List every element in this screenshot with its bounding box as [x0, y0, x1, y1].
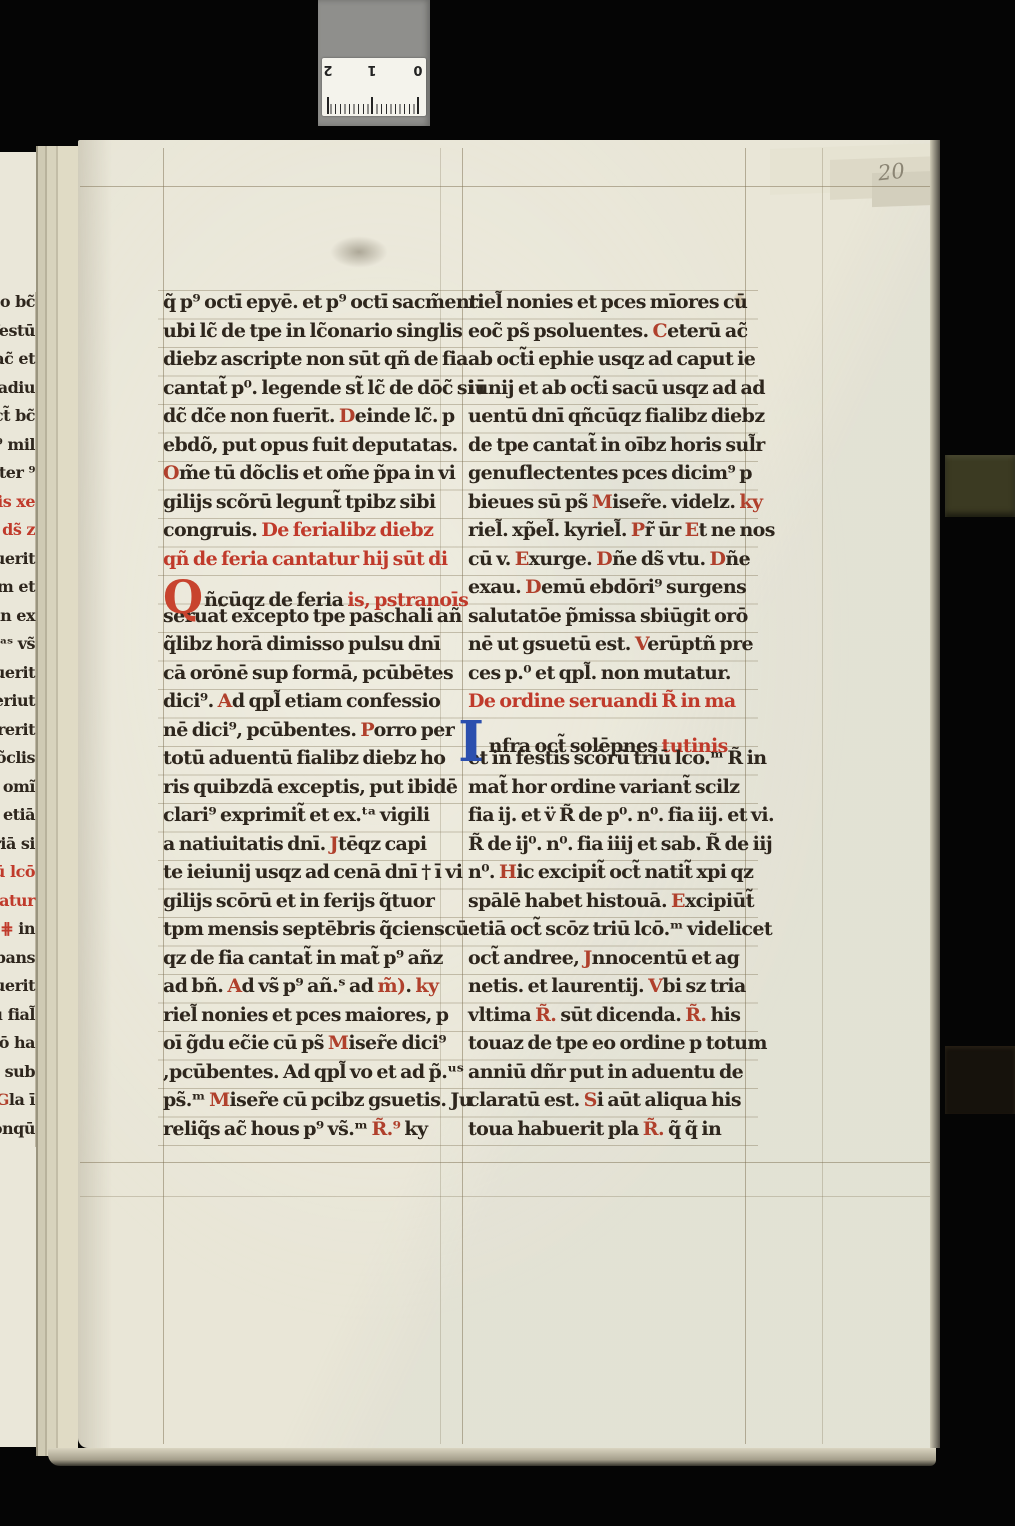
margin-fragment: s̃ sub — [0, 1062, 35, 1091]
text-segment: dõclis — [0, 748, 35, 767]
text-line: q̃ p⁹ octī epyē. et p⁹ octī sacm̃enti — [163, 291, 441, 320]
margin-fragment: fuerit — [0, 549, 35, 578]
text-segment: R̃. — [535, 1004, 556, 1026]
text-line: iunij et ab oct̃i sacū usqz ad ad — [468, 377, 746, 406]
text-segment: ij.ᵃˢ vs̃ — [0, 634, 35, 653]
text-segment: s̃ sub — [0, 1062, 35, 1081]
text-segment: q̃ p⁹ octī epyē. et p⁹ octī sacm̃enti — [163, 291, 484, 313]
text-line: n⁰. Hic excipit̃ oct̃ natit̃ xpi qz — [468, 861, 746, 890]
text-segment: H — [499, 861, 516, 883]
ruler: 0 1 2 — [322, 58, 426, 116]
text-segment: uerit — [0, 663, 35, 682]
text-segment: tēqz capi — [338, 833, 427, 855]
text-segment: orro per — [374, 719, 455, 741]
text-segment: ky — [400, 1118, 427, 1140]
text-segment: dici⁹. — [163, 690, 218, 712]
text-segment: V — [635, 633, 647, 655]
text-line: ,pcūbentes. Ad qpl̃ vo et ad p̃.ᵘˢ — [163, 1061, 441, 1090]
text-segment: genuflectentes pces dicim⁹ p — [468, 462, 752, 484]
margin-fragment: ds̃ z — [0, 520, 35, 549]
margin-fragment: bans — [0, 948, 35, 977]
margin-fragment: ij.ᵃˢ vs̃ — [0, 634, 35, 663]
margin-fragment: festis xe — [0, 492, 35, 521]
text-segment: E — [671, 890, 685, 912]
text-segment: triū lcō — [0, 862, 35, 881]
text-segment: touaz de tpe eo ordine p totum — [468, 1032, 767, 1054]
margin-fragment: ⁹ p̃ter — [0, 463, 35, 492]
text-line: spālē habet histouā. Excipiūt̃ — [468, 890, 746, 919]
margin-fragment: riā si — [0, 834, 35, 863]
text-segment: netis. et laurentij. — [468, 975, 648, 997]
text-segment: oī g̃du ec̃ie cū ps̃ — [163, 1032, 328, 1054]
text-line: q̃libz horā dimisso pulsu dnī — [163, 633, 441, 662]
text-segment: in — [13, 919, 35, 938]
text-segment: dm et — [0, 577, 35, 596]
margin-fragment: festū — [0, 321, 35, 350]
text-segment: etiā oct̃ scōz triū lcō.ᵐ videlicet — [468, 918, 772, 940]
text-segment: exau. — [468, 576, 525, 598]
text-line: bieues sū ps̃ Miser̃e. videlz. ky — [468, 491, 746, 520]
text-line: fia ij. et v̈ R̃ de p⁰. n⁰. fia iij. et … — [468, 804, 746, 833]
text-line: qñ de feria cantatur hij sūt di — [163, 548, 441, 577]
text-segment: qz de fia cantat̃ in mat̃ p⁹ añz — [163, 947, 443, 969]
ruled-line — [80, 186, 935, 187]
margin-fragment: iu⁹ mil — [0, 435, 35, 464]
text-segment: uentū dnī qñcūqz fialibz diebz — [468, 405, 765, 427]
text-segment: d qpl̃ etiam confessio — [232, 690, 440, 712]
text-segment: D — [709, 548, 725, 570]
text-line: totū aduentū fialibz diebz ho — [163, 747, 441, 776]
text-segment: J — [330, 833, 338, 855]
ruler-label: 1 — [365, 62, 379, 77]
margin-fragment: in ex. — [0, 606, 35, 635]
text-segment: t ne nos — [699, 519, 775, 541]
text-line: toua habuerit pla R̃. q̃ q̃ in — [468, 1118, 746, 1147]
text-line: anniū dñr put in aduentu de — [468, 1061, 746, 1090]
text-line: ubi lc̃ de tpe in lc̃onario singlis — [163, 320, 441, 349]
text-segment: diebz ascripte non sūt qñ de fia — [163, 348, 468, 370]
text-segment: his — [706, 1004, 740, 1026]
text-segment: D — [339, 405, 355, 427]
text-segment: bans — [0, 948, 35, 967]
text-segment: riel̃ nonies et pces maiores, p — [163, 1004, 448, 1026]
text-segment: A — [227, 975, 241, 997]
text-segment: r̃ ūr — [645, 519, 685, 541]
text-segment: E — [515, 548, 529, 570]
text-segment: einde lc̃. p — [355, 405, 455, 427]
text-segment: dc̃ dc̃e non fuerīt. — [163, 405, 339, 427]
text-segment: ubi lc̃ de tpe in lc̃onario singlis — [163, 320, 462, 342]
text-segment: R̃ de ij⁰. n⁰. fia iiij et sab. R̃ de ii… — [468, 833, 772, 855]
folio-number: 20 — [877, 159, 906, 186]
text-segment: et in festis scōrū triū lco.ᵐ R̃ in — [468, 747, 766, 769]
text-line: ab oct̃i ephie usqz ad caput ie — [468, 348, 746, 377]
text-segment: iunij et ab oct̃i sacū usqz ad ad — [468, 377, 765, 399]
text-segment: . — [405, 975, 415, 997]
margin-fragment: atur, — [0, 891, 35, 920]
text-segment: emū ebdōri⁹ surgens — [541, 576, 746, 598]
text-segment: nē ut gsuetū est. — [468, 633, 635, 655]
text-segment: fia ij. et v̈ R̃ de p⁰. n⁰. fia iij. et … — [468, 804, 774, 826]
margin-fragment: ōnqū — [0, 1119, 35, 1148]
text-segment: iul̃ omĩ — [0, 777, 35, 796]
text-segment: nē dici⁹, pcūbentes. — [163, 719, 360, 741]
book-clasp-bottom — [945, 1046, 1015, 1114]
page-fore-edges — [36, 146, 78, 1456]
margin-fragment: triū lcō — [0, 862, 35, 891]
text-line: dici⁹. Ad qpl̃ etiam confessio — [163, 690, 441, 719]
text-segment: neriut — [0, 691, 35, 710]
text-segment: R̃. — [643, 1118, 664, 1140]
text-line: cū v. Exurge. Dñe ds̃ vtu. Dñe — [468, 548, 746, 577]
text-segment: V — [648, 975, 662, 997]
text-line: te ieiunij usqz ad cenā dnī † ī vi — [163, 861, 441, 890]
margin-fragment: o bc̃ — [0, 292, 35, 321]
text-segment: ky — [415, 975, 438, 997]
text-segment: ic excipit̃ oct̃ natit̃ xpi qz — [516, 861, 753, 883]
text-segment: sūt dicenda. — [556, 1004, 685, 1026]
text-segment: ab oct̃i ephie usqz ad caput ie — [468, 348, 755, 370]
text-segment: festū — [0, 321, 35, 340]
text-segment: ⋕ — [0, 919, 13, 938]
text-segment: riel̃. xp̃el̃. kyriel̃. — [468, 519, 631, 541]
text-segment: cā orōnē sup formā, pcūbētes — [163, 662, 453, 684]
text-line: oct̃ andree, Jnnocentū et ag — [468, 947, 746, 976]
text-segment: G — [0, 1090, 9, 1109]
text-line: riel̃. xp̃el̃. kyriel̃. Pr̃ ūr Et ne nos — [468, 519, 746, 548]
text-segment: r etiā — [0, 805, 35, 824]
text-segment: ris quibzdā exceptis, put ibidē — [163, 776, 457, 798]
text-segment: ñe — [725, 548, 750, 570]
text-segment: totū aduentū fialibz diebz ho — [163, 747, 445, 769]
text-segment: riel̃ nonies et pces mīores cū — [468, 291, 747, 313]
text-line: gilijs scõrū legunt̃ tpibz sibi — [163, 491, 441, 520]
text-segment: m̃) — [377, 975, 405, 997]
text-segment: q̃libz horā dimisso pulsu dnī — [163, 633, 440, 655]
text-segment: festis xe — [0, 492, 35, 511]
text-line: genuflectentes pces dicim⁹ p — [468, 462, 746, 491]
text-line: qz de fia cantat̃ in mat̃ p⁹ añz — [163, 947, 441, 976]
text-line: cā orōnē sup formā, pcūbētes — [163, 662, 441, 691]
book-bottom-edge — [48, 1448, 936, 1466]
text-segment: iu⁹ mil — [0, 435, 35, 454]
margin-fragment: r etiā — [0, 805, 35, 834]
text-segment: qñ de feria cantatur hij sūt di — [163, 548, 447, 570]
text-segment: q̃ q̃ in — [664, 1118, 721, 1140]
text-segment: r nō ha — [0, 1033, 35, 1052]
text-segment: eadiu — [0, 378, 35, 397]
text-segment: O — [163, 462, 179, 484]
text-line: vltima R̃. sūt dicenda. R̃. his — [468, 1004, 746, 1033]
text-line: gilijs scōrū et in ferijs q̃tuor — [163, 890, 441, 919]
margin-fragment: uerit — [0, 663, 35, 692]
text-segment: reliq̃s ac̃ hous p⁹ vs̃.ᵐ — [163, 1118, 371, 1140]
margin-fragment: eadiu — [0, 378, 35, 407]
text-segment: M — [328, 1032, 348, 1054]
text-segment: iser̃e dici⁹ — [348, 1032, 446, 1054]
text-segment: vltima — [468, 1004, 535, 1026]
facing-page-edge: o bc̃festūruac̃ eteadiuoct̃ bc̃iu⁹ mil⁹ … — [0, 152, 36, 1447]
text-segment: R̃. — [685, 1004, 706, 1026]
text-segment: M — [209, 1089, 229, 1111]
text-segment: iser̃e cū pcibz gsuetis. Ju — [230, 1089, 472, 1111]
ruler-label: 0 — [411, 62, 425, 77]
text-line: ebdõ, put opus fuit deputatas. — [163, 434, 441, 463]
margin-fragment: in ⋕ — [0, 919, 35, 948]
text-segment: P — [631, 519, 645, 541]
text-segment: n⁰. — [468, 861, 499, 883]
text-segment: a natiuitatis dnī. — [163, 833, 330, 855]
text-segment: P — [360, 719, 373, 741]
text-line: mat̃ hor ordine variant̃ scilz — [468, 776, 746, 805]
ruler-label: 2 — [321, 62, 335, 77]
text-line: de tpe cantat̃ in oībz horis sul̃r — [468, 434, 746, 463]
text-segment: pererit — [0, 720, 35, 739]
margin-fragment: ruac̃ et — [0, 349, 35, 378]
text-segment: tpm mensis septēbris q̃cienscū — [163, 918, 468, 940]
text-segment: gilijs scōrū et in ferijs q̃tuor — [163, 890, 434, 912]
text-segment: De ferialibz diebz — [261, 519, 433, 541]
text-segment: claratū est. — [468, 1089, 584, 1111]
text-line: salutatōe p̃missa sbiūgit orō — [468, 605, 746, 634]
manuscript-photo: o bc̃festūruac̃ eteadiuoct̃ bc̃iu⁹ mil⁹ … — [0, 0, 1015, 1526]
illuminated-initial: Q — [163, 570, 201, 624]
text-segment: o bc̃ — [0, 292, 35, 311]
illuminated-initial: I — [458, 709, 484, 775]
text-line: netis. et laurentij. Vbi sz tria — [468, 975, 746, 1004]
text-segment: J — [583, 947, 591, 969]
text-segment: i aūt aliqua his — [597, 1089, 741, 1111]
text-line: nē ut gsuetū est. Verūptñ pre — [468, 633, 746, 662]
text-segment: De ordine seruandi R̃ in ma — [468, 690, 736, 712]
text-line: cantat̃ p⁰. legende st̃ lc̃ de dōc̃ si ī — [163, 377, 441, 406]
text-line: uentū dnī qñcūqz fialibz diebz — [468, 405, 746, 434]
text-segment: ,pcūbentes. Ad qpl̃ vo et ad p̃.ᵘˢ — [163, 1061, 463, 1083]
text-line: claratū est. Si aūt aliqua his — [468, 1089, 746, 1118]
text-line: exau. Demū ebdōri⁹ surgens — [468, 576, 746, 605]
text-segment: ebdõ, put opus fuit deputatas. — [163, 434, 458, 456]
text-segment: xurge. — [529, 548, 597, 570]
text-segment: fuerit — [0, 549, 35, 568]
ruler-tick-cm — [327, 97, 329, 114]
text-segment: S — [584, 1089, 597, 1111]
margin-fragments: o bc̃festūruac̃ eteadiuoct̃ bc̃iu⁹ mil⁹ … — [0, 292, 36, 1147]
book-clasp-top — [945, 455, 1015, 517]
text-line: ps̃.ᵐ Miser̃e cū pcibz gsuetis. Ju — [163, 1089, 441, 1118]
text-segment: nnocentū et ag — [592, 947, 740, 969]
page-right-edge — [930, 140, 940, 1448]
text-segment: gilijs scõrū legunt̃ tpibz sibi — [163, 491, 436, 513]
text-segment: iser̃e. videlz. — [612, 491, 739, 513]
text-line: tpm mensis septēbris q̃cienscū — [163, 918, 441, 947]
text-line: R̃ de ij⁰. n⁰. fia iiij et sab. R̃ de ii… — [468, 833, 746, 862]
text-line: ad bñ. Ad vs̃ p⁹ añ.ˢ ad m̃). ky — [163, 975, 441, 1004]
text-segment: de tpe cantat̃ in oībz horis sul̃r — [468, 434, 765, 456]
ruler-ticks — [327, 104, 419, 114]
text-line: clari⁹ exprimit̃ et ex.ᵗᵃ vigili — [163, 804, 441, 833]
text-line: seruat̃ excepto tpe paschali añ — [163, 605, 441, 634]
text-line: Om̃e tū dõclis et om̃e p̃pa in vi — [163, 462, 441, 491]
margin-fragment: iul̃ omĩ — [0, 777, 35, 806]
text-segment: ds̃ z — [2, 520, 35, 539]
text-segment: mat̃ hor ordine variant̃ scilz — [468, 776, 739, 798]
text-segment: anniū dñr put in aduentu de — [468, 1061, 743, 1083]
text-segment: ⁹ p̃ter — [0, 463, 35, 482]
text-segment: cantat̃ p⁰. legende st̃ lc̃ de dōc̃ si ī — [163, 377, 484, 399]
text-segment: bi sz tria — [662, 975, 746, 997]
text-segment: ad bñ. — [163, 975, 227, 997]
text-column-right: riel̃ nonies et pces mīores cūeoc̃ ps̃ p… — [468, 291, 746, 1146]
text-segment: ruac̃ et — [0, 349, 35, 368]
text-segment: E — [685, 519, 699, 541]
text-segment: ps̃.ᵐ — [163, 1089, 209, 1111]
text-segment: bieues sū ps̃ — [468, 491, 592, 513]
text-line: Infra oct̃ solēpnes tutinis — [468, 719, 746, 748]
text-segment: seruat̃ excepto tpe paschali añ — [163, 605, 462, 627]
text-segment: toua habuerit pla — [468, 1118, 643, 1140]
text-segment: D — [596, 548, 612, 570]
text-line: riel̃ nonies et pces maiores, p — [163, 1004, 441, 1033]
text-segment: D — [525, 576, 541, 598]
text-segment: M — [592, 491, 612, 513]
text-segment: ces p.⁰ et qpl̃. non mutatur. — [468, 662, 731, 684]
text-segment: ñe ds̃ vtu. — [612, 548, 709, 570]
text-segment: atur, — [0, 891, 35, 910]
text-segment: salutatōe p̃missa sbiūgit orō — [468, 605, 748, 627]
text-line: ris quibzdā exceptis, put ibidē — [163, 776, 441, 805]
text-line: De ordine seruandi R̃ in ma — [468, 690, 746, 719]
ruled-line — [80, 1162, 935, 1163]
text-segment: clari⁹ exprimit̃ et ex.ᵗᵃ vigili — [163, 804, 430, 826]
text-line: dc̃ dc̃e non fuerīt. Deinde lc̃. p — [163, 405, 441, 434]
text-line: reliq̃s ac̃ hous p⁹ vs̃.ᵐ R̃.⁹ ky — [163, 1118, 441, 1147]
text-segment: cū v. — [468, 548, 515, 570]
text-segment: te ieiunij usqz ad cenā dnī † ī vi — [163, 861, 462, 883]
stain — [330, 236, 388, 268]
text-segment: R̃.⁹ — [371, 1118, 400, 1140]
text-line: eoc̃ ps̃ psoluentes. Ceterū ac̃ — [468, 320, 746, 349]
text-segment: tiu fial̃ — [0, 1005, 35, 1024]
margin-fragment: dõclis — [0, 748, 35, 777]
text-segment: in ex. — [0, 606, 35, 625]
margin-fragment: Gla ī — [0, 1090, 35, 1119]
text-segment: oct̃ andree, — [468, 947, 583, 969]
text-segment: eterū ac̃ — [667, 320, 747, 342]
text-segment: riā si — [0, 834, 35, 853]
text-segment: eoc̃ ps̃ psoluentes. — [468, 320, 653, 342]
text-segment: erūptñ pre — [647, 633, 753, 655]
text-segment: C — [653, 320, 668, 342]
text-line: Qñcūqz de feria is, pstranoīs — [163, 576, 441, 605]
text-line: ces p.⁰ et qpl̃. non mutatur. — [468, 662, 746, 691]
text-segment: buerit — [0, 976, 35, 995]
text-segment: spālē habet histouā. — [468, 890, 671, 912]
text-line: touaz de tpe eo ordine p totum — [468, 1032, 746, 1061]
text-line: congruis. De ferialibz diebz — [163, 519, 441, 548]
text-line: etiā oct̃ scōz triū lcō.ᵐ videlicet — [468, 918, 746, 947]
text-column-left: q̃ p⁹ octī epyē. et p⁹ octī sacm̃entiubi… — [163, 291, 441, 1146]
text-line: nē dici⁹, pcūbentes. Porro per — [163, 719, 441, 748]
ruler-tick-cm — [417, 97, 419, 114]
text-segment: d vs̃ p⁹ añ.ˢ ad — [242, 975, 378, 997]
text-segment: la ī — [9, 1090, 35, 1109]
text-line: oī g̃du ec̃ie cū ps̃ Miser̃e dici⁹ — [163, 1032, 441, 1061]
margin-fragment: r nō ha — [0, 1033, 35, 1062]
margin-fragment: tiu fial̃ — [0, 1005, 35, 1034]
text-line: diebz ascripte non sūt qñ de fia — [163, 348, 441, 377]
text-segment: ōnqū — [0, 1119, 35, 1138]
text-line: a natiuitatis dnī. Jtēqz capi — [163, 833, 441, 862]
text-segment: A — [218, 690, 232, 712]
text-line: et in festis scōrū triū lco.ᵐ R̃ in — [468, 747, 746, 776]
ruled-line — [80, 1196, 935, 1197]
text-segment: ky — [739, 491, 762, 513]
text-line: riel̃ nonies et pces mīores cū — [468, 291, 746, 320]
margin-fragment: neriut — [0, 691, 35, 720]
ruler-tick-cm — [371, 97, 373, 114]
margin-fragment: dm et — [0, 577, 35, 606]
text-segment: congruis. — [163, 519, 261, 541]
text-segment: m̃e tū dõclis et om̃e p̃pa in vi — [179, 462, 455, 484]
text-segment: xcipiūt̃ — [685, 890, 754, 912]
text-segment: oct̃ bc̃ — [0, 406, 35, 425]
margin-fragment: oct̃ bc̃ — [0, 406, 35, 435]
ruled-line — [822, 148, 823, 1444]
margin-fragment: pererit — [0, 720, 35, 749]
margin-fragment: buerit — [0, 976, 35, 1005]
